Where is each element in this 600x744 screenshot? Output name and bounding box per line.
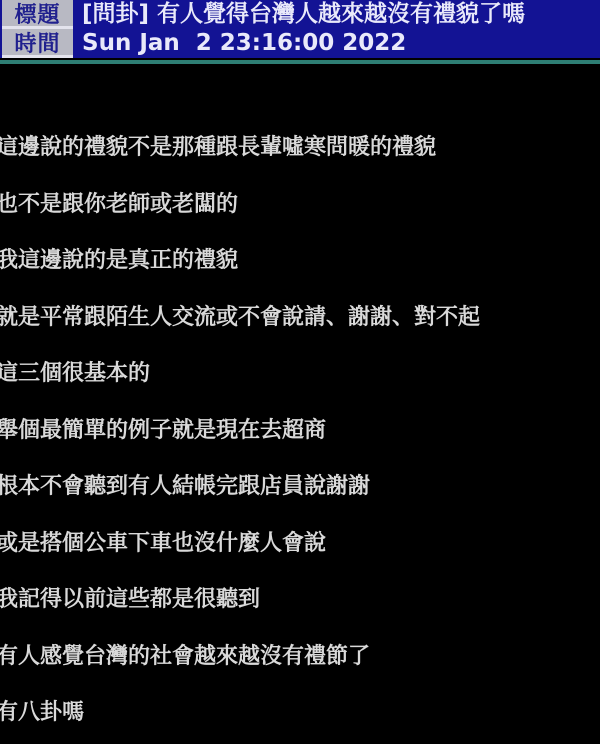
post-body-line: 就是平常跟陌生人交流或不會說請、謝謝、對不起 [0,290,600,347]
post-body-line: 或是搭個公車下車也沒什麼人會說 [0,516,600,573]
post-body-line: 這邊說的禮貌不是那種跟長輩噓寒問暖的禮貌 [0,120,600,177]
post-body-line: 我記得以前這些都是很聽到 [0,572,600,629]
post-header: 標題 [問卦] 有人覺得台灣人越來越沒有禮貌了嗎 時間 Sun Jan 2 23… [0,0,600,58]
header-row-time: 時間 Sun Jan 2 23:16:00 2022 [0,29,600,58]
post-time: Sun Jan 2 23:16:00 2022 [82,29,406,58]
post-body-line: 根本不會聽到有人結帳完跟店員說謝謝 [0,459,600,516]
post-title: [問卦] 有人覺得台灣人越來越沒有禮貌了嗎 [82,0,525,29]
post-body-line: 有八卦嗎 [0,685,600,742]
header-row-title: 標題 [問卦] 有人覺得台灣人越來越沒有禮貌了嗎 [0,0,600,29]
post-body-line: 也不是跟你老師或老闆的 [0,177,600,234]
post-body-line: 這三個很基本的 [0,346,600,403]
terminal-screen: 標題 [問卦] 有人覺得台灣人越來越沒有禮貌了嗎 時間 Sun Jan 2 23… [0,0,600,744]
time-label-badge: 時間 [2,29,73,58]
post-body-line: 我這邊說的是真正的禮貌 [0,233,600,290]
post-body: 這邊說的禮貌不是那種跟長輩噓寒問暖的禮貌 也不是跟你老師或老闆的 我這邊說的是真… [0,64,600,742]
title-label-badge: 標題 [2,0,73,29]
post-body-line: 舉個最簡單的例子就是現在去超商 [0,403,600,460]
post-body-line: 有人感覺台灣的社會越來越沒有禮節了 [0,629,600,686]
